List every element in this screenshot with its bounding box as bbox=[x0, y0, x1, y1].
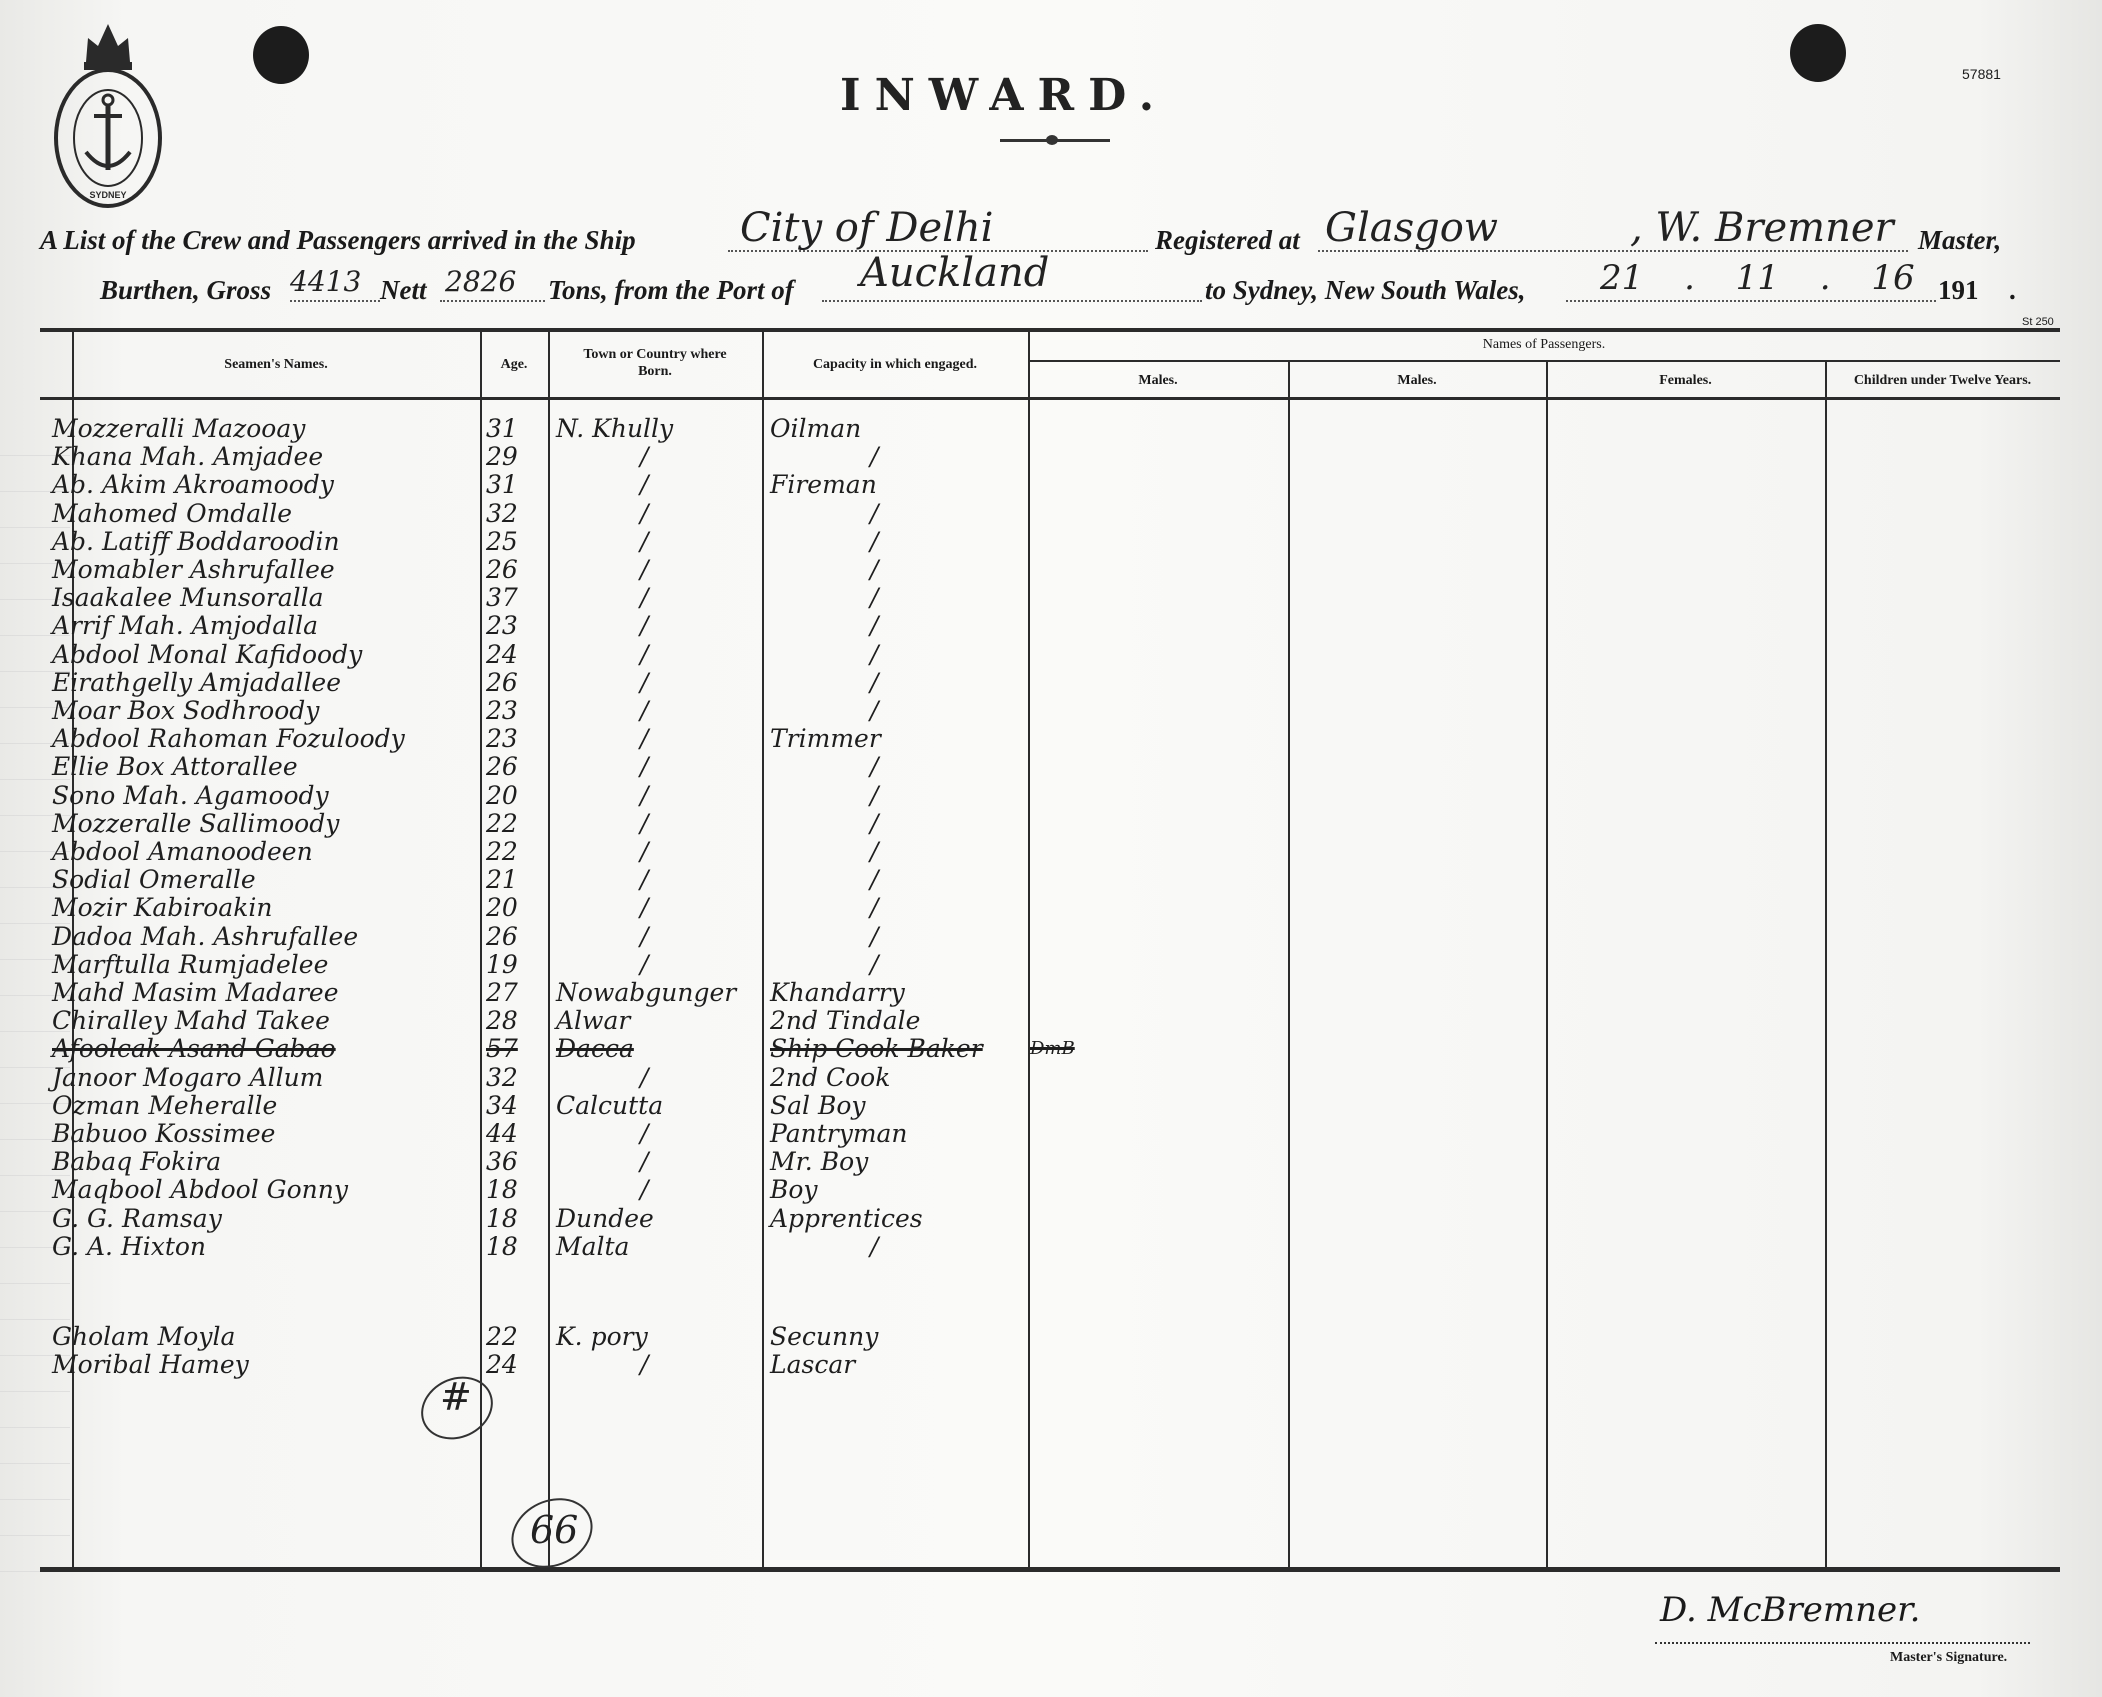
seaman-capacity: Trimmer bbox=[770, 724, 881, 754]
gross-field-line bbox=[290, 300, 380, 302]
header-males-1: Males. bbox=[1028, 372, 1288, 389]
seaman-capacity: Mr. Boy bbox=[770, 1147, 868, 1177]
title-ornament bbox=[1000, 139, 1110, 142]
seaman-birthplace: / bbox=[640, 499, 648, 529]
seaman-age: 28 bbox=[486, 1006, 518, 1036]
seaman-age: 29 bbox=[486, 442, 518, 472]
seaman-birthplace: / bbox=[640, 865, 648, 895]
header-children: Children under Twelve Years. bbox=[1825, 372, 2060, 389]
seaman-age: 32 bbox=[486, 499, 518, 529]
seaman-birthplace: / bbox=[640, 583, 648, 613]
seaman-age: 18 bbox=[486, 1232, 518, 1262]
seaman-age: 22 bbox=[486, 1322, 518, 1352]
shipping-masters-crest-icon: SYDNEY bbox=[48, 20, 168, 210]
seaman-age: 31 bbox=[486, 470, 518, 500]
column-divider bbox=[1546, 362, 1548, 1570]
seaman-name: Mahd Masim Madaree bbox=[52, 978, 339, 1008]
header-capacity: Capacity in which engaged. bbox=[762, 356, 1028, 373]
seaman-birthplace: N. Khully bbox=[556, 414, 673, 444]
seaman-birthplace: / bbox=[640, 1147, 648, 1177]
seaman-name: Abdool Rahoman Fozuloody bbox=[52, 724, 405, 754]
seaman-name: Ozman Meheralle bbox=[52, 1091, 277, 1121]
header-age: Age. bbox=[480, 356, 548, 373]
seaman-name: Eirathgelly Amjadallee bbox=[52, 668, 341, 698]
seaman-name: Khana Mah. Amjadee bbox=[52, 442, 323, 472]
seaman-birthplace: / bbox=[640, 837, 648, 867]
seaman-age: 20 bbox=[486, 781, 518, 811]
column-divider bbox=[762, 330, 764, 1570]
seaman-name: Chiralley Mahd Takee bbox=[52, 1006, 330, 1036]
seaman-capacity: Oilman bbox=[770, 414, 861, 444]
seaman-age: 57 bbox=[486, 1034, 518, 1064]
seaman-capacity: / bbox=[870, 837, 878, 867]
seaman-name: Mozzeralle Sallimoody bbox=[52, 809, 339, 839]
column-divider bbox=[1028, 330, 1030, 1570]
seaman-age: 22 bbox=[486, 837, 518, 867]
seaman-capacity: / bbox=[870, 893, 878, 923]
seaman-age: 20 bbox=[486, 893, 518, 923]
year-prefix: 191 bbox=[1938, 275, 1979, 306]
seaman-capacity: / bbox=[870, 781, 878, 811]
seaman-age: 31 bbox=[486, 414, 518, 444]
seaman-capacity: / bbox=[870, 640, 878, 670]
seaman-name: Babuoo Kossimee bbox=[52, 1119, 275, 1149]
seaman-capacity: / bbox=[870, 611, 878, 641]
seaman-age: 23 bbox=[486, 611, 518, 641]
seaman-birthplace: Dacca bbox=[556, 1034, 634, 1064]
seaman-name: Dadoa Mah. Ashrufallee bbox=[52, 922, 358, 952]
header-females: Females. bbox=[1546, 372, 1825, 389]
header-passengers: Names of Passengers. bbox=[1028, 336, 2060, 353]
seaman-birthplace: / bbox=[640, 781, 648, 811]
table-bottom-rule bbox=[40, 1567, 2060, 1572]
seaman-capacity: / bbox=[870, 865, 878, 895]
circled-count-mark: 66 bbox=[530, 1508, 578, 1552]
header-line2-label-c: Tons, from the Port of bbox=[548, 275, 794, 306]
seaman-birthplace: / bbox=[640, 611, 648, 641]
seaman-birthplace: Alwar bbox=[556, 1006, 630, 1036]
seaman-birthplace: / bbox=[640, 1350, 648, 1380]
seaman-birthplace: / bbox=[640, 922, 648, 952]
seaman-birthplace: / bbox=[640, 893, 648, 923]
seaman-capacity: / bbox=[870, 950, 878, 980]
seaman-capacity: Boy bbox=[770, 1175, 818, 1205]
seaman-capacity: Sal Boy bbox=[770, 1091, 866, 1121]
seaman-name: Mozir Kabiroakin bbox=[52, 893, 272, 923]
circled-annotation-mark: # bbox=[440, 1375, 472, 1419]
seaman-name: Ab. Akim Akroamoody bbox=[52, 470, 334, 500]
nett-field-line bbox=[440, 300, 545, 302]
seaman-name: Momabler Ashrufallee bbox=[52, 555, 335, 585]
seaman-capacity: / bbox=[870, 696, 878, 726]
seaman-name: Moar Box Sodhroody bbox=[52, 696, 319, 726]
header-line1-label-b: Registered at bbox=[1155, 225, 1300, 256]
seaman-capacity: / bbox=[870, 555, 878, 585]
header-line2-label-a: Burthen, Gross bbox=[100, 275, 271, 306]
seaman-age: 18 bbox=[486, 1204, 518, 1234]
table-header-bottom-rule bbox=[40, 397, 2060, 400]
column-divider bbox=[1825, 362, 1827, 1570]
seaman-name: Mozzeralli Mazooay bbox=[52, 414, 305, 444]
seaman-birthplace: / bbox=[640, 1175, 648, 1205]
seaman-capacity: / bbox=[870, 752, 878, 782]
seaman-capacity: / bbox=[870, 442, 878, 472]
seaman-birthplace: Malta bbox=[556, 1232, 629, 1262]
ship-name-field: City of Delhi bbox=[740, 205, 993, 251]
passenger-subheader-rule bbox=[1030, 360, 2060, 362]
seaman-name: Gholam Moyla bbox=[52, 1322, 235, 1352]
punch-hole-left bbox=[253, 26, 309, 84]
seaman-name: Maqbool Abdool Gonny bbox=[52, 1175, 348, 1205]
seaman-capacity: / bbox=[870, 527, 878, 557]
seaman-age: 27 bbox=[486, 978, 518, 1008]
seaman-capacity: / bbox=[870, 922, 878, 952]
seaman-age: 26 bbox=[486, 922, 518, 952]
seaman-name: Afoolcak Asand Gabao bbox=[52, 1034, 336, 1064]
seaman-name: Marftulla Rumjadelee bbox=[52, 950, 328, 980]
document-number: 57881 bbox=[1962, 66, 2001, 82]
seaman-name: Sodial Omeralle bbox=[52, 865, 256, 895]
seaman-name: Moribal Hamey bbox=[52, 1350, 249, 1380]
row-note: DmB bbox=[1030, 1034, 1075, 1064]
seaman-name: Ab. Latiff Boddaroodin bbox=[52, 527, 340, 557]
seaman-capacity: Lascar bbox=[770, 1350, 855, 1380]
seaman-birthplace: Dundee bbox=[556, 1204, 654, 1234]
seaman-birthplace: / bbox=[640, 752, 648, 782]
seaman-capacity: Secunny bbox=[770, 1322, 878, 1352]
seaman-age: 26 bbox=[486, 555, 518, 585]
seaman-birthplace: K. pory bbox=[556, 1322, 648, 1352]
seaman-age: 19 bbox=[486, 950, 518, 980]
seaman-age: 24 bbox=[486, 1350, 518, 1380]
signature-line bbox=[1655, 1642, 2030, 1644]
seaman-capacity: / bbox=[870, 809, 878, 839]
header-line1-label-c: Master, bbox=[1918, 225, 2001, 256]
seaman-birthplace: / bbox=[640, 809, 648, 839]
seaman-birthplace: / bbox=[640, 470, 648, 500]
master-signature: D. McBremner. bbox=[1660, 1590, 1920, 1630]
signature-label: Master's Signature. bbox=[1890, 1650, 2007, 1666]
gross-tonnage-field: 4413 bbox=[290, 265, 361, 298]
seaman-name: G. A. Hixton bbox=[52, 1232, 206, 1262]
seaman-birthplace: Calcutta bbox=[556, 1091, 663, 1121]
port-from-field-line bbox=[822, 300, 1202, 302]
column-divider bbox=[548, 330, 550, 1570]
seaman-age: 24 bbox=[486, 640, 518, 670]
column-divider bbox=[1288, 362, 1290, 1570]
seaman-age: 26 bbox=[486, 752, 518, 782]
seaman-name: Isaakalee Munsoralla bbox=[52, 583, 324, 613]
seaman-age: 44 bbox=[486, 1119, 518, 1149]
seaman-birthplace: / bbox=[640, 696, 648, 726]
seaman-age: 21 bbox=[486, 865, 518, 895]
header-line2-label-d: to Sydney, New South Wales, bbox=[1205, 275, 1526, 306]
seaman-birthplace: / bbox=[640, 527, 648, 557]
seaman-birthplace: / bbox=[640, 442, 648, 472]
seaman-name: Ellie Box Attorallee bbox=[52, 752, 298, 782]
registered-at-field: Glasgow bbox=[1325, 205, 1498, 251]
seaman-age: 37 bbox=[486, 583, 518, 613]
header-line2-label-b: Nett bbox=[380, 275, 427, 306]
seaman-birthplace: / bbox=[640, 724, 648, 754]
header-line1-label-a: A List of the Crew and Passengers arrive… bbox=[40, 225, 636, 256]
seaman-capacity: Fireman bbox=[770, 470, 877, 500]
seaman-birthplace: / bbox=[640, 1063, 648, 1093]
seaman-age: 23 bbox=[486, 724, 518, 754]
seaman-age: 22 bbox=[486, 809, 518, 839]
seaman-birthplace: / bbox=[640, 640, 648, 670]
date-field: 21 . 11 . 16 bbox=[1600, 258, 1915, 298]
seaman-capacity: 2nd Cook bbox=[770, 1063, 890, 1093]
seaman-birthplace: / bbox=[640, 950, 648, 980]
header-period: . bbox=[2010, 275, 2017, 306]
seaman-name: Janoor Mogaro Allum bbox=[52, 1063, 323, 1093]
seaman-birthplace: / bbox=[640, 668, 648, 698]
header-seamens-names: Seamen's Names. bbox=[72, 356, 480, 373]
seaman-capacity: Khandarry bbox=[770, 978, 905, 1008]
seaman-capacity: Ship Cook Baker bbox=[770, 1034, 983, 1064]
seaman-name: Abdool Monal Kafidoody bbox=[52, 640, 362, 670]
seaman-capacity: Apprentices bbox=[770, 1204, 923, 1234]
seaman-capacity: / bbox=[870, 1232, 878, 1262]
header-born: Town or Country where Born. bbox=[568, 346, 742, 380]
seaman-capacity: / bbox=[870, 668, 878, 698]
seaman-age: 23 bbox=[486, 696, 518, 726]
port-from-field: Auckland bbox=[860, 250, 1049, 296]
punch-hole-right bbox=[1790, 24, 1846, 82]
document-page: SYDNEY 57881 INWARD. A List of the Crew … bbox=[0, 0, 2102, 1697]
seaman-age: 36 bbox=[486, 1147, 518, 1177]
seaman-age: 34 bbox=[486, 1091, 518, 1121]
seaman-birthplace: / bbox=[640, 555, 648, 585]
svg-text:SYDNEY: SYDNEY bbox=[89, 190, 126, 200]
nett-tonnage-field: 2826 bbox=[445, 265, 516, 298]
seaman-name: Arrif Mah. Amjodalla bbox=[52, 611, 318, 641]
seaman-age: 18 bbox=[486, 1175, 518, 1205]
seaman-name: Mahomed Omdalle bbox=[52, 499, 292, 529]
seaman-age: 25 bbox=[486, 527, 518, 557]
seaman-name: Abdool Amanoodeen bbox=[52, 837, 313, 867]
seaman-birthplace: Nowabgunger bbox=[556, 978, 736, 1008]
seaman-age: 26 bbox=[486, 668, 518, 698]
seaman-capacity: 2nd Tindale bbox=[770, 1006, 920, 1036]
header-males-2: Males. bbox=[1288, 372, 1546, 389]
seaman-name: Babaq Fokira bbox=[52, 1147, 221, 1177]
table-top-rule bbox=[40, 328, 2060, 332]
page-title: INWARD. bbox=[840, 70, 1168, 121]
seaman-name: G. G. Ramsay bbox=[52, 1204, 222, 1234]
seaman-birthplace: / bbox=[640, 1119, 648, 1149]
seaman-age: 32 bbox=[486, 1063, 518, 1093]
seaman-capacity: / bbox=[870, 583, 878, 613]
form-code: St 250 bbox=[2022, 316, 2054, 328]
date-field-line bbox=[1566, 300, 1936, 302]
seaman-capacity: Pantryman bbox=[770, 1119, 908, 1149]
seaman-capacity: / bbox=[870, 499, 878, 529]
seaman-name: Sono Mah. Agamoody bbox=[52, 781, 329, 811]
master-name-field: , W. Bremner bbox=[1630, 205, 1894, 251]
